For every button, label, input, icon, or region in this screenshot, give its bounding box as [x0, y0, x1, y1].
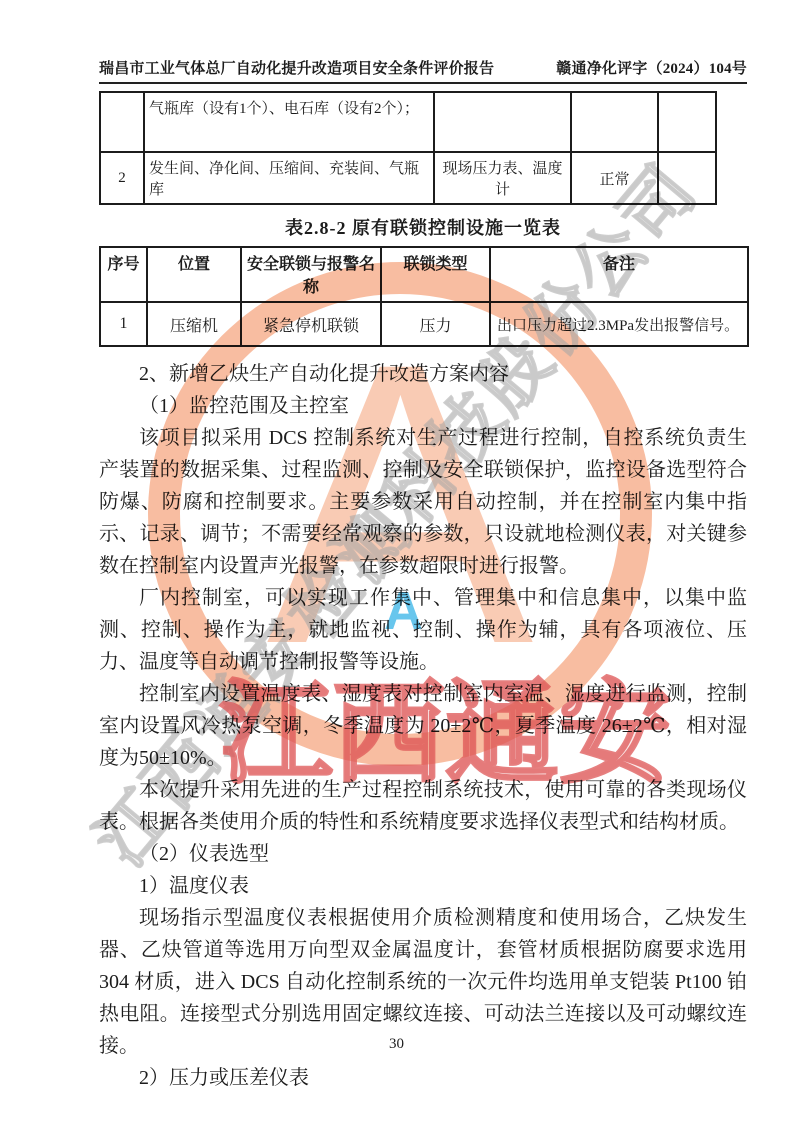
- table-cell: 发生间、净化间、压缩间、充装间、气瓶库: [144, 152, 434, 204]
- table-row: 气瓶库（设有1个）、电石库（设有2个）；: [100, 92, 716, 152]
- column-header: 安全联锁与报警名称: [241, 247, 381, 302]
- document-page: 瑞昌市工业气体总厂自动化提升改造项目安全条件评价报告 赣通净化评字（2024）1…: [0, 0, 793, 1122]
- section-heading: 2、新增乙炔生产自动化提升改造方案内容: [99, 358, 747, 390]
- page-content: 气瓶库（设有1个）、电石库（设有2个）； 2 发生间、净化间、压缩间、充装间、气…: [99, 91, 747, 1094]
- paragraph: 本次提升采用先进的生产过程控制系统技术，使用可靠的各类现场仪表。根据各类使用介质…: [99, 774, 747, 838]
- paragraph: 控制室内设置温度表、湿度表对控制室内室温、湿度进行监测，控制室内设置风冷热泵空调…: [99, 678, 747, 774]
- header-doc-number: 赣通净化评字（2024）104号: [556, 57, 747, 78]
- table-cell: [434, 92, 571, 152]
- table-cell: 正常: [571, 152, 658, 204]
- table-row: 2 发生间、净化间、压缩间、充装间、气瓶库 现场压力表、温度计 正常: [100, 152, 716, 204]
- table-cell: [571, 92, 658, 152]
- subsection-heading: （2）仪表选型: [99, 838, 747, 870]
- column-header: 序号: [100, 247, 147, 302]
- header-title: 瑞昌市工业气体总厂自动化提升改造项目安全条件评价报告: [99, 57, 494, 78]
- paragraph: 厂内控制室，可以实现工作集中、管理集中和信息集中，以集中监测、控制、操作为主，就…: [99, 582, 747, 678]
- column-header: 位置: [147, 247, 241, 302]
- list-heading: 1）温度仪表: [99, 870, 747, 902]
- interlock-control-table: 序号 位置 安全联锁与报警名称 联锁类型 备注 1 压缩机 紧急停机联锁 压力 …: [99, 246, 749, 347]
- column-header: 备注: [490, 247, 748, 302]
- table-cell: [658, 152, 716, 204]
- table-cell: 2: [100, 152, 144, 204]
- page-header: 瑞昌市工业气体总厂自动化提升改造项目安全条件评价报告 赣通净化评字（2024）1…: [99, 57, 747, 84]
- table-cell: [100, 92, 144, 152]
- table-row: 1 压缩机 紧急停机联锁 压力 出口压力超过2.3MPa发出报警信号。: [100, 302, 748, 346]
- table-cell: 现场压力表、温度计: [434, 152, 571, 204]
- table-cell: 压力: [381, 302, 490, 346]
- table-cell: 1: [100, 302, 147, 346]
- subsection-heading: （1）监控范围及主控室: [99, 390, 747, 422]
- table-cell: 压缩机: [147, 302, 241, 346]
- monitoring-facilities-table: 气瓶库（设有1个）、电石库（设有2个）； 2 发生间、净化间、压缩间、充装间、气…: [99, 91, 717, 205]
- column-header: 联锁类型: [381, 247, 490, 302]
- paragraph: 该项目拟采用 DCS 控制系统对生产过程进行控制，自控系统负责生产装置的数据采集…: [99, 422, 747, 582]
- body-text: 2、新增乙炔生产自动化提升改造方案内容 （1）监控范围及主控室 该项目拟采用 D…: [99, 358, 747, 1094]
- table-cell: 出口压力超过2.3MPa发出报警信号。: [490, 302, 748, 346]
- table-cell: [658, 92, 716, 152]
- list-heading: 2）压力或压差仪表: [99, 1062, 747, 1094]
- table-cell: 气瓶库（设有1个）、电石库（设有2个）；: [144, 92, 434, 152]
- page-number: 30: [0, 1036, 793, 1053]
- table-header-row: 序号 位置 安全联锁与报警名称 联锁类型 备注: [100, 247, 748, 302]
- table-cell: 紧急停机联锁: [241, 302, 381, 346]
- table-title: 表2.8-2 原有联锁控制设施一览表: [99, 214, 747, 240]
